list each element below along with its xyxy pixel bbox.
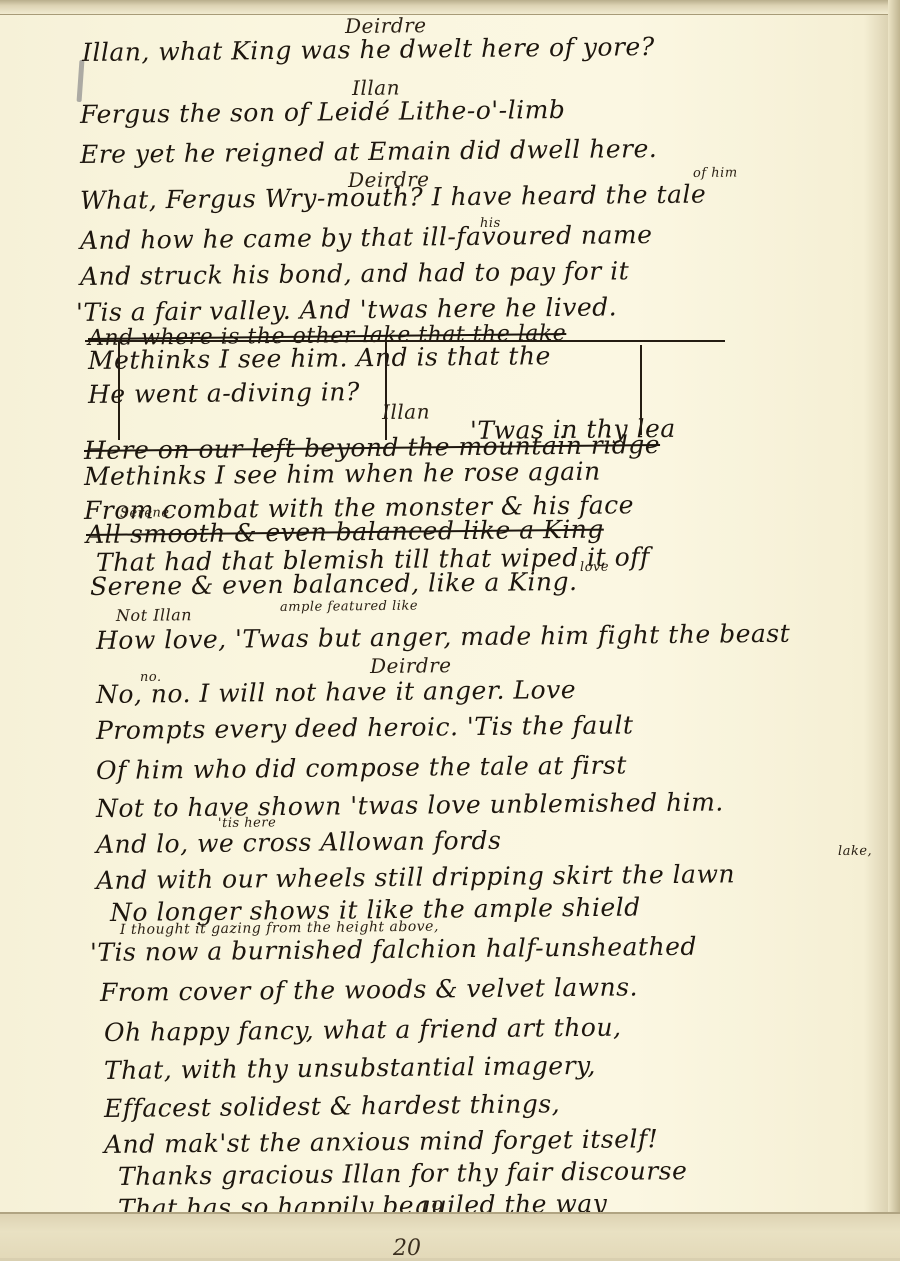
revision-box-right [640,345,642,435]
verse-line: 'Tis now a burnished falchion half-unshe… [90,932,697,967]
revision-box-top [85,340,725,342]
manuscript-page: Deirdre Illan, what King was he dwelt he… [0,0,900,1256]
speaker-label: Illan [382,399,430,424]
insertion-above: lake, [838,844,872,859]
revision-box-left [118,340,120,440]
verse-line: Effacest solidest & hardest things, [104,1089,560,1123]
verse-line: And with our wheels still dripping skirt… [96,859,735,895]
verse-line: That, with thy unsubstantial imagery, [104,1051,596,1085]
verse-line: Thanks gracious Illan for thy fair disco… [118,1156,688,1191]
verse-line: Not to have shown 'twas love unblemished… [96,787,724,823]
insertion-above: love [580,560,609,575]
verse-line: And lo, we cross Allowan fords [96,826,502,859]
verse-line: From cover of the woods & velvet lawns. [100,972,638,1007]
page-top-edge [0,0,900,15]
next-page-mark: 20 [393,1236,421,1256]
verse-line: Methinks I see him when he rose again [84,457,601,491]
verse-line: What, Fergus Wry-mouth? I have heard the… [80,179,707,215]
verse-line: Methinks I see him. And is that the [88,341,551,375]
speaker-label: Deirdre [370,653,452,678]
verse-line: And mak'st the anxious mind forget itsel… [104,1124,659,1159]
insertion-above: Not Illan [116,605,192,625]
verse-line: Illan, what King was he dwelt here of yo… [82,32,655,67]
page-right-edge [888,0,900,1220]
revision-box-divider [385,340,387,440]
verse-line: And struck his bond, and had to pay for … [80,256,630,291]
verse-line: No, no. I will not have it anger. Love [96,675,576,709]
page-bottom-fold [0,1212,900,1256]
verse-line: Of him who did compose the tale at first [96,750,627,785]
verse-line: Oh happy fancy, what a friend art thou, [104,1013,622,1047]
verse-line: How love, 'Twas but anger, made him figh… [96,619,790,655]
verse-line: Serene & even balanced, like a King. [90,567,578,601]
verse-line: Prompts every deed heroic. 'Tis the faul… [96,710,634,745]
insertion-above: ample featured like [280,599,418,615]
verse-line: Fergus the son of Leidé Lithe-o'-limb [80,95,566,129]
verse-line: Ere yet he reigned at Emain did dwell he… [80,134,658,169]
verse-line: And how he came by that ill-favoured nam… [80,220,653,255]
verse-line: He went a-diving in? [88,377,360,409]
